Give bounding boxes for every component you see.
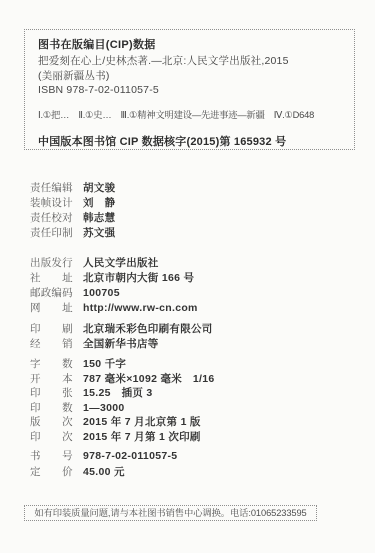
field-value: 978-7-02-011057-5: [83, 450, 177, 462]
field-label: 责任印制: [30, 226, 76, 241]
field-value: 45.00 元: [83, 466, 125, 478]
postcode-row: 邮政编码100705: [30, 286, 198, 301]
quality-notice-box: 如有印装质量问题,请与本社图书销售中心调换。电话:01065233595: [24, 505, 317, 521]
field-label: 装帧设计: [30, 196, 76, 211]
field-value: 2015 年 7 月第 1 次印刷: [83, 431, 201, 443]
cip-series-line: (美丽新疆丛书): [38, 69, 343, 84]
staff-credits-section: 责任编辑胡文骏 装帧设计刘 静 责任校对韩志慧 责任印制苏文强: [30, 181, 115, 241]
field-label: 社 址: [30, 271, 76, 286]
field-label: 网 址: [30, 301, 76, 316]
word-count-row: 字 数150 千字: [30, 357, 214, 372]
printer-row: 印 刷北京瑞禾彩色印刷有限公司: [30, 322, 213, 337]
staff-row-proofreader: 责任校对韩志慧: [30, 211, 115, 226]
price-row: 定 价45.00 元: [30, 464, 177, 480]
printing-section: 印 刷北京瑞禾彩色印刷有限公司 经 销全国新华书店等: [30, 322, 213, 352]
field-value: 787 毫米×1092 毫米 1/16: [83, 373, 214, 385]
field-label: 印 张: [30, 386, 76, 401]
field-value: 150 千字: [83, 358, 126, 370]
publisher-row: 出版发行人民文学出版社: [30, 256, 198, 271]
field-value: 北京瑞禾彩色印刷有限公司: [83, 323, 213, 335]
website-row: 网 址http://www.rw-cn.com: [30, 301, 198, 316]
cip-registry-line: 中国版本图书馆 CIP 数据核字(2015)第 165932 号: [38, 133, 343, 149]
edition-specs-section: 字 数150 千字 开 本787 毫米×1092 毫米 1/16 印 张15.2…: [30, 357, 214, 444]
isbn-row: 书 号978-7-02-011057-5: [30, 448, 177, 464]
isbn-price-section: 书 号978-7-02-011057-5 定 价45.00 元: [30, 448, 177, 480]
field-label: 邮政编码: [30, 286, 76, 301]
impression-row: 印 次2015 年 7 月第 1 次印刷: [30, 430, 214, 445]
cip-data-box: 图书在版编目(CIP)数据 把爱刻在心上/史林杰著.—北京:人民文学出版社,20…: [24, 29, 355, 150]
cip-isbn-line: ISBN 978-7-02-011057-5: [38, 83, 343, 98]
book-copyright-page: 图书在版编目(CIP)数据 把爱刻在心上/史林杰著.—北京:人民文学出版社,20…: [0, 0, 375, 553]
website-url: http://www.rw-cn.com: [83, 302, 198, 314]
cip-book-line: 把爱刻在心上/史林杰著.—北京:人民文学出版社,2015: [38, 54, 343, 69]
field-label: 出版发行: [30, 256, 76, 271]
edition-row: 版 次2015 年 7 月北京第 1 版: [30, 415, 214, 430]
cip-classification-line: Ⅰ.①把… Ⅱ.①史… Ⅲ.①精神文明建设—先进事迹—新疆 Ⅳ.①D648: [38, 107, 343, 121]
format-row: 开 本787 毫米×1092 毫米 1/16: [30, 372, 214, 387]
field-label: 书 号: [30, 448, 76, 464]
field-value: 1—3000: [83, 402, 125, 414]
field-label: 印 数: [30, 401, 76, 416]
cip-title: 图书在版编目(CIP)数据: [38, 37, 343, 54]
field-label: 经 销: [30, 337, 76, 352]
field-value: 苏文强: [83, 227, 115, 239]
field-label: 责任校对: [30, 211, 76, 226]
field-label: 责任编辑: [30, 181, 76, 196]
field-value: 15.25 插页 3: [83, 387, 153, 399]
staff-row-editor: 责任编辑胡文骏: [30, 181, 115, 196]
field-label: 定 价: [30, 464, 76, 480]
field-value: 全国新华书店等: [83, 338, 159, 350]
field-value: 人民文学出版社: [83, 257, 159, 269]
field-label: 印 刷: [30, 322, 76, 337]
field-label: 字 数: [30, 357, 76, 372]
distributor-row: 经 销全国新华书店等: [30, 337, 213, 352]
quality-notice-text: 如有印装质量问题,请与本社图书销售中心调换。电话:01065233595: [34, 508, 306, 518]
field-label: 开 本: [30, 372, 76, 387]
field-label: 印 次: [30, 430, 76, 445]
field-value: 胡文骏: [83, 182, 115, 194]
publisher-section: 出版发行人民文学出版社 社 址北京市朝内大街 166 号 邮政编码100705 …: [30, 256, 198, 316]
print-run-row: 印 数1—3000: [30, 401, 214, 416]
address-row: 社 址北京市朝内大街 166 号: [30, 271, 198, 286]
staff-row-print-supervisor: 责任印制苏文强: [30, 226, 115, 241]
staff-row-designer: 装帧设计刘 静: [30, 196, 115, 211]
field-value: 2015 年 7 月北京第 1 版: [83, 416, 201, 428]
field-label: 版 次: [30, 415, 76, 430]
sheets-row: 印 张15.25 插页 3: [30, 386, 214, 401]
field-value: 韩志慧: [83, 212, 115, 224]
field-value: 北京市朝内大街 166 号: [83, 272, 194, 284]
field-value: 刘 静: [83, 197, 115, 209]
field-value: 100705: [83, 287, 120, 299]
